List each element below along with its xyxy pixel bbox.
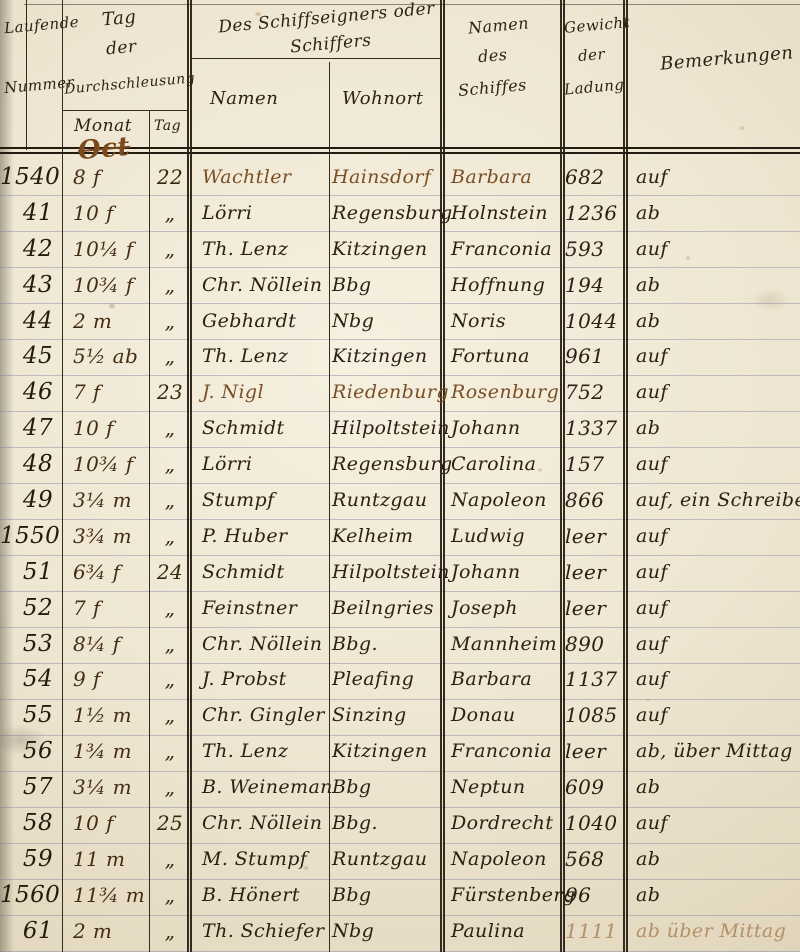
cell-gewicht: 1111 bbox=[563, 914, 626, 950]
cell-laufende-nummer: 1540 bbox=[0, 160, 63, 196]
cell-uhrzeit: 10 f bbox=[63, 806, 150, 842]
cell-laufende-nummer: 61 bbox=[0, 914, 63, 950]
table-row: 48 10¾ f „ Lörri Regensburg Carolina 157… bbox=[0, 447, 800, 483]
cell-gewicht: 568 bbox=[563, 842, 626, 878]
cell-schiffer-name: B. Hönert bbox=[190, 878, 330, 914]
cell-bemerkung: auf bbox=[626, 232, 800, 268]
cell-schiffer-name: Schmidt bbox=[190, 411, 330, 447]
cell-tag: „ bbox=[150, 698, 190, 734]
cell-schiffer-name: Schmidt bbox=[190, 555, 330, 591]
table-row: 45 5½ ab „ Th. Lenz Kitzingen Fortuna 96… bbox=[0, 339, 800, 375]
header-tag-2: der bbox=[105, 37, 137, 60]
cell-schiffer-name: Feinstner bbox=[190, 591, 330, 627]
cell-laufende-nummer: 49 bbox=[0, 483, 63, 519]
cell-bemerkung: auf bbox=[626, 627, 800, 663]
cell-wohnort: Bbg bbox=[330, 878, 443, 914]
cell-tag: 23 bbox=[150, 375, 190, 411]
cell-uhrzeit: 7 f bbox=[63, 591, 150, 627]
cell-tag: „ bbox=[150, 339, 190, 375]
cell-wohnort: Bbg bbox=[330, 770, 443, 806]
cell-wohnort: Bbg bbox=[330, 268, 443, 304]
cell-schiffer-name: Wachtler bbox=[190, 160, 330, 196]
cell-bemerkung: ab, über Mittag bbox=[626, 734, 800, 770]
cell-wohnort: Hilpoltstein bbox=[330, 411, 443, 447]
cell-tag: „ bbox=[150, 842, 190, 878]
cell-gewicht: 682 bbox=[563, 160, 626, 196]
cell-tag: „ bbox=[150, 770, 190, 806]
cell-tag: „ bbox=[150, 519, 190, 555]
cell-laufende-nummer: 1550 bbox=[0, 519, 63, 555]
cell-uhrzeit: 3¼ m bbox=[63, 483, 150, 519]
table-row: 41 10 f „ Lörri Regensburg Holnstein 123… bbox=[0, 196, 800, 232]
cell-schiff-name: Neptun bbox=[443, 770, 563, 806]
cell-gewicht: 1337 bbox=[563, 411, 626, 447]
header-schiff-3: Schiffes bbox=[457, 75, 527, 100]
cell-schiffer-name: J. Nigl bbox=[190, 375, 330, 411]
cell-wohnort: Hilpoltstein bbox=[330, 555, 443, 591]
cell-tag: „ bbox=[150, 878, 190, 914]
cell-gewicht: 194 bbox=[563, 268, 626, 304]
cell-uhrzeit: 10 f bbox=[63, 196, 150, 232]
table-row: 61 2 m „ Th. Schiefer Nbg Paulina 1111 a… bbox=[0, 914, 800, 950]
cell-uhrzeit: 8¼ f bbox=[63, 627, 150, 663]
cell-bemerkung: ab bbox=[626, 268, 800, 304]
cell-uhrzeit: 10¾ f bbox=[63, 268, 150, 304]
cell-gewicht: 1085 bbox=[563, 698, 626, 734]
cell-tag: „ bbox=[150, 483, 190, 519]
table-row: 47 10 f „ Schmidt Hilpoltstein Johann 13… bbox=[0, 411, 800, 447]
cell-gewicht: 1040 bbox=[563, 806, 626, 842]
cell-schiff-name: Dordrecht bbox=[443, 806, 563, 842]
cell-bemerkung: ab über Mittag bbox=[626, 914, 800, 950]
cell-bemerkung: auf bbox=[626, 447, 800, 483]
cell-schiffer-name: Th. Lenz bbox=[190, 232, 330, 268]
cell-bemerkung: auf bbox=[626, 698, 800, 734]
cell-wohnort: Hainsdorf bbox=[330, 160, 443, 196]
table-row: 43 10¾ f „ Chr. Nöllein Bbg Hoffnung 194… bbox=[0, 268, 800, 304]
cell-gewicht: 157 bbox=[563, 447, 626, 483]
cell-schiff-name: Barbara bbox=[443, 160, 563, 196]
header-schiffer-2: Schiffers bbox=[289, 30, 372, 57]
cell-laufende-nummer: 48 bbox=[0, 447, 63, 483]
cell-uhrzeit: 7 f bbox=[63, 375, 150, 411]
cell-schiffer-name: Chr. Gingler bbox=[190, 698, 330, 734]
cell-gewicht: 1044 bbox=[563, 304, 626, 340]
table-row: 57 3¼ m „ B. Weineman Bbg Neptun 609 ab bbox=[0, 770, 800, 806]
cell-laufende-nummer: 47 bbox=[0, 411, 63, 447]
cell-tag: „ bbox=[150, 232, 190, 268]
cell-schiff-name: Johann bbox=[443, 555, 563, 591]
cell-bemerkung: ab bbox=[626, 411, 800, 447]
cell-laufende-nummer: 45 bbox=[0, 339, 63, 375]
cell-laufende-nummer: 51 bbox=[0, 555, 63, 591]
cell-schiffer-name: Lörri bbox=[190, 447, 330, 483]
cell-uhrzeit: 11¾ m bbox=[63, 878, 150, 914]
cell-tag: „ bbox=[150, 268, 190, 304]
cell-schiffer-name: Chr. Nöllein bbox=[190, 806, 330, 842]
cell-bemerkung: ab bbox=[626, 842, 800, 878]
cell-schiff-name: Napoleon bbox=[443, 842, 563, 878]
cell-wohnort: Runtzgau bbox=[330, 842, 443, 878]
cell-schiff-name: Napoleon bbox=[443, 483, 563, 519]
cell-schiffer-name: Th. Schiefer bbox=[190, 914, 330, 950]
cell-tag: „ bbox=[150, 304, 190, 340]
cell-uhrzeit: 5½ ab bbox=[63, 339, 150, 375]
cell-wohnort: Kitzingen bbox=[330, 734, 443, 770]
cell-schiffer-name: Th. Lenz bbox=[190, 339, 330, 375]
header-schiff-1: Namen bbox=[467, 13, 529, 37]
cell-tag: 24 bbox=[150, 555, 190, 591]
cell-gewicht: 961 bbox=[563, 339, 626, 375]
cell-gewicht: 609 bbox=[563, 770, 626, 806]
cell-bemerkung: auf bbox=[626, 160, 800, 196]
table-row: 49 3¼ m „ Stumpf Runtzgau Napoleon 866 a… bbox=[0, 483, 800, 519]
subheader-wohnort: Wohnort bbox=[342, 88, 423, 109]
table-row: 1540 8 f 22 Wachtler Hainsdorf Barbara 6… bbox=[0, 160, 800, 196]
table-row: 54 9 f „ J. Probst Pleafing Barbara 1137… bbox=[0, 662, 800, 698]
header-tag-3: Durchschleusung bbox=[64, 70, 196, 97]
cell-gewicht: 96 bbox=[563, 878, 626, 914]
cell-laufende-nummer: 46 bbox=[0, 375, 63, 411]
header-schiff-2: des bbox=[477, 45, 508, 66]
cell-wohnort: Beilngries bbox=[330, 591, 443, 627]
cell-wohnort: Nbg bbox=[330, 304, 443, 340]
cell-bemerkung: auf bbox=[626, 375, 800, 411]
cell-bemerkung: auf bbox=[626, 662, 800, 698]
cell-wohnort: Bbg. bbox=[330, 627, 443, 663]
cell-wohnort: Pleafing bbox=[330, 662, 443, 698]
cell-gewicht: leer bbox=[563, 734, 626, 770]
cell-schiff-name: Noris bbox=[443, 304, 563, 340]
cell-laufende-nummer: 59 bbox=[0, 842, 63, 878]
cell-uhrzeit: 8 f bbox=[63, 160, 150, 196]
table-row: 58 10 f 25 Chr. Nöllein Bbg. Dordrecht 1… bbox=[0, 806, 800, 842]
cell-bemerkung: auf bbox=[626, 519, 800, 555]
cell-schiffer-name: J. Probst bbox=[190, 662, 330, 698]
cell-tag: „ bbox=[150, 447, 190, 483]
cell-schiff-name: Fortuna bbox=[443, 339, 563, 375]
cell-uhrzeit: 10¼ f bbox=[63, 232, 150, 268]
cell-schiffer-name: Lörri bbox=[190, 196, 330, 232]
cell-schiffer-name: M. Stumpf bbox=[190, 842, 330, 878]
cell-bemerkung: ab bbox=[626, 196, 800, 232]
cell-wohnort: Bbg. bbox=[330, 806, 443, 842]
table-body: 1540 8 f 22 Wachtler Hainsdorf Barbara 6… bbox=[0, 160, 800, 950]
cell-uhrzeit: 9 f bbox=[63, 662, 150, 698]
cell-schiff-name: Joseph bbox=[443, 591, 563, 627]
table-row: 59 11 m „ M. Stumpf Runtzgau Napoleon 56… bbox=[0, 842, 800, 878]
cell-bemerkung: ab bbox=[626, 304, 800, 340]
cell-schiff-name: Donau bbox=[443, 698, 563, 734]
cell-laufende-nummer: 42 bbox=[0, 232, 63, 268]
cell-schiffer-name: P. Huber bbox=[190, 519, 330, 555]
cell-laufende-nummer: 56 bbox=[0, 734, 63, 770]
cell-bemerkung: ab bbox=[626, 878, 800, 914]
cell-gewicht: leer bbox=[563, 519, 626, 555]
table-row: 1560 11¾ m „ B. Hönert Bbg Fürstenberg 9… bbox=[0, 878, 800, 914]
cell-gewicht: 752 bbox=[563, 375, 626, 411]
cell-wohnort: Nbg bbox=[330, 914, 443, 950]
cell-laufende-nummer: 43 bbox=[0, 268, 63, 304]
cell-wohnort: Kitzingen bbox=[330, 232, 443, 268]
cell-uhrzeit: 11 m bbox=[63, 842, 150, 878]
cell-laufende-nummer: 54 bbox=[0, 662, 63, 698]
cell-gewicht: leer bbox=[563, 555, 626, 591]
cell-uhrzeit: 10 f bbox=[63, 411, 150, 447]
cell-uhrzeit: 3¾ m bbox=[63, 519, 150, 555]
table-row: 53 8¼ f „ Chr. Nöllein Bbg. Mannheim 890… bbox=[0, 627, 800, 663]
cell-schiffer-name: Chr. Nöllein bbox=[190, 268, 330, 304]
header-tag-1: Tag bbox=[101, 7, 137, 31]
table-row: 46 7 f 23 J. Nigl Riedenburg Rosenburg 7… bbox=[0, 375, 800, 411]
hline-schiffer-subheader bbox=[190, 58, 440, 59]
cell-tag: 25 bbox=[150, 806, 190, 842]
cell-uhrzeit: 6¾ f bbox=[63, 555, 150, 591]
cell-bemerkung: ab bbox=[626, 770, 800, 806]
cell-schiff-name: Hoffnung bbox=[443, 268, 563, 304]
cell-tag: „ bbox=[150, 627, 190, 663]
table-row: 56 1¾ m „ Th. Lenz Kitzingen Franconia l… bbox=[0, 734, 800, 770]
cell-schiffer-name: Gebhardt bbox=[190, 304, 330, 340]
table-row: 51 6¾ f 24 Schmidt Hilpoltstein Johann l… bbox=[0, 555, 800, 591]
cell-schiff-name: Paulina bbox=[443, 914, 563, 950]
cell-wohnort: Regensburg bbox=[330, 196, 443, 232]
cell-bemerkung: auf bbox=[626, 339, 800, 375]
table-row: 1550 3¾ m „ P. Huber Kelheim Ludwig leer… bbox=[0, 519, 800, 555]
header-schiffer-1: Des Schiffseigners oder bbox=[218, 0, 436, 37]
cell-uhrzeit: 1¾ m bbox=[63, 734, 150, 770]
header-laufende: Laufende bbox=[3, 13, 79, 37]
cell-laufende-nummer: 57 bbox=[0, 770, 63, 806]
cell-schiff-name: Fürstenberg bbox=[443, 878, 563, 914]
header-gewicht-2: der bbox=[577, 45, 606, 65]
cell-bemerkung: auf bbox=[626, 555, 800, 591]
cell-uhrzeit: 2 m bbox=[63, 914, 150, 950]
cell-schiff-name: Holnstein bbox=[443, 196, 563, 232]
cell-schiff-name: Ludwig bbox=[443, 519, 563, 555]
cell-wohnort: Regensburg bbox=[330, 447, 443, 483]
table-row: 44 2 m „ Gebhardt Nbg Noris 1044 ab bbox=[0, 304, 800, 340]
cell-gewicht: 1137 bbox=[563, 662, 626, 698]
header-bemerkungen: Bemerkungen bbox=[659, 42, 794, 75]
cell-wohnort: Sinzing bbox=[330, 698, 443, 734]
cell-gewicht: 866 bbox=[563, 483, 626, 519]
cell-wohnort: Kitzingen bbox=[330, 339, 443, 375]
cell-tag: „ bbox=[150, 196, 190, 232]
cell-uhrzeit: 1½ m bbox=[63, 698, 150, 734]
cell-gewicht: leer bbox=[563, 591, 626, 627]
cell-laufende-nummer: 44 bbox=[0, 304, 63, 340]
cell-wohnort: Runtzgau bbox=[330, 483, 443, 519]
table-row: 42 10¼ f „ Th. Lenz Kitzingen Franconia … bbox=[0, 232, 800, 268]
cell-schiffer-name: Th. Lenz bbox=[190, 734, 330, 770]
cell-laufende-nummer: 53 bbox=[0, 627, 63, 663]
cell-tag: „ bbox=[150, 591, 190, 627]
cell-tag: „ bbox=[150, 914, 190, 950]
table-row: 55 1½ m „ Chr. Gingler Sinzing Donau 108… bbox=[0, 698, 800, 734]
cell-schiff-name: Carolina bbox=[443, 447, 563, 483]
cell-bemerkung: auf, ein Schreiben bbox=[626, 483, 800, 519]
cell-laufende-nummer: 1560 bbox=[0, 878, 63, 914]
header-gewicht-1: Gewicht bbox=[563, 13, 630, 37]
cell-schiffer-name: B. Weineman bbox=[190, 770, 330, 806]
cell-schiffer-name: Stumpf bbox=[190, 483, 330, 519]
subheader-namen: Namen bbox=[210, 88, 278, 109]
cell-schiff-name: Franconia bbox=[443, 232, 563, 268]
cell-tag: „ bbox=[150, 662, 190, 698]
cell-tag: „ bbox=[150, 411, 190, 447]
cell-schiff-name: Barbara bbox=[443, 662, 563, 698]
hline-monat-subheader bbox=[63, 110, 187, 111]
cell-laufende-nummer: 55 bbox=[0, 698, 63, 734]
cell-wohnort: Kelheim bbox=[330, 519, 443, 555]
cell-gewicht: 1236 bbox=[563, 196, 626, 232]
cell-bemerkung: auf bbox=[626, 806, 800, 842]
cell-schiff-name: Mannheim bbox=[443, 627, 563, 663]
cell-laufende-nummer: 52 bbox=[0, 591, 63, 627]
subheader-tag: Tag bbox=[154, 118, 181, 134]
cell-laufende-nummer: 41 bbox=[0, 196, 63, 232]
cell-schiffer-name: Chr. Nöllein bbox=[190, 627, 330, 663]
cell-schiff-name: Rosenburg bbox=[443, 375, 563, 411]
table-row: 52 7 f „ Feinstner Beilngries Joseph lee… bbox=[0, 591, 800, 627]
cell-laufende-nummer: 58 bbox=[0, 806, 63, 842]
cell-uhrzeit: 3¼ m bbox=[63, 770, 150, 806]
cell-schiff-name: Johann bbox=[443, 411, 563, 447]
cell-tag: 22 bbox=[150, 160, 190, 196]
header-gewicht-3: Ladung bbox=[563, 75, 625, 98]
cell-uhrzeit: 2 m bbox=[63, 304, 150, 340]
cell-wohnort: Riedenburg bbox=[330, 375, 443, 411]
cell-schiff-name: Franconia bbox=[443, 734, 563, 770]
cell-bemerkung: auf bbox=[626, 591, 800, 627]
cell-uhrzeit: 10¾ f bbox=[63, 447, 150, 483]
cell-gewicht: 890 bbox=[563, 627, 626, 663]
register-page: Laufende Nummer Tag der Durchschleusung … bbox=[0, 0, 800, 952]
cell-tag: „ bbox=[150, 734, 190, 770]
cell-gewicht: 593 bbox=[563, 232, 626, 268]
